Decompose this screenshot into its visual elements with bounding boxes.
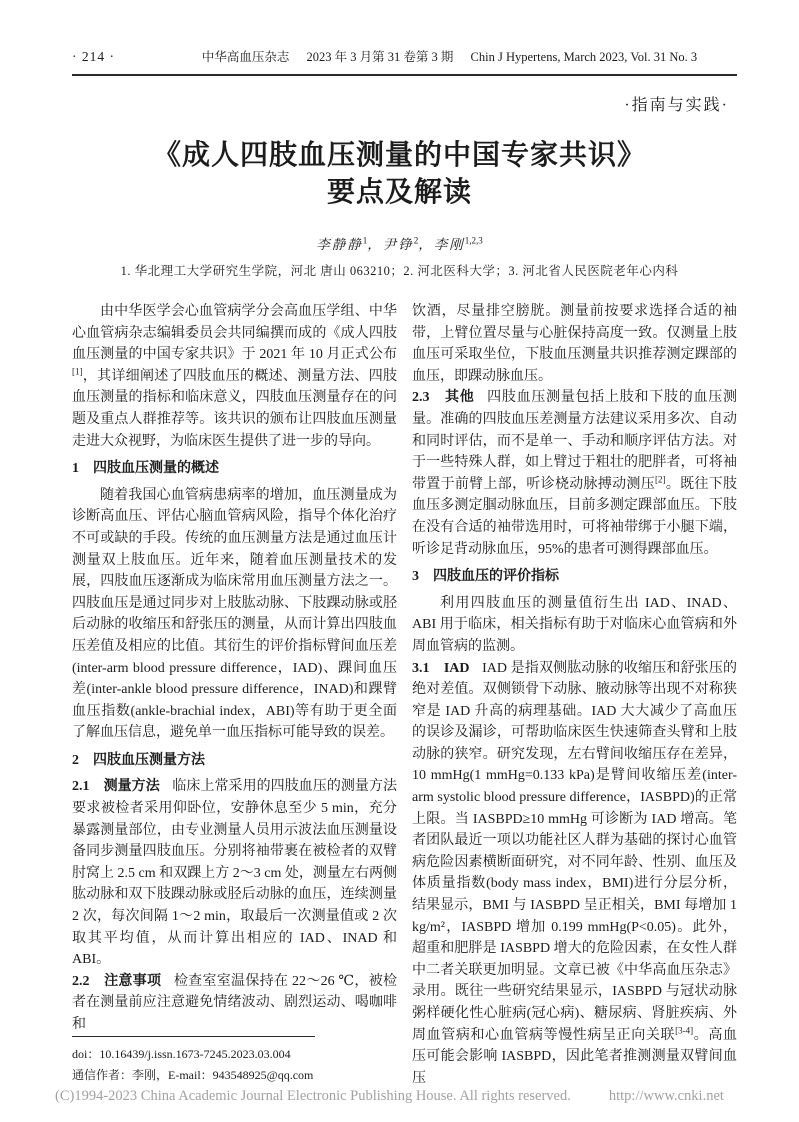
right-column: 饮酒，尽量排空膀胱。测量前按要求选择合适的袖带，上臂位置尽量与心脏保持高度一致。… [412,301,737,1073]
section-heading-2: 2 四肢血压测量方法 [72,750,397,772]
article-title-line1: 《成人四肢血压测量的中国专家共识》 [0,137,799,174]
section-column-label: ·指南与实践· [0,92,729,115]
ref-1: [1] [72,366,83,376]
section-2-2-paragraph: 2.2 注意事项检查室室温保持在 22～26 ℃，被检者在测量前应注意避免情绪波… [72,971,397,1036]
journal-name-en: Chin J Hypertens, March 2023, Vol. 31 No… [471,50,698,64]
first-page-footnote: doi：10.16439/j.issn.1673-7245.2023.03.00… [72,1036,397,1086]
subsection-label-3-1: 3.1 IAD [412,661,470,676]
author-3: 李刚1,2,3 [434,237,483,252]
section-2-1-paragraph: 2.1 测量方法临床上常采用的四肢血压的测量方法要求被检者采用仰卧位，安静休息至… [72,776,397,970]
journal-name-cn: 中华高血压杂志 [202,50,290,64]
subsection-label-2-1: 2.1 测量方法 [72,779,160,794]
journal-issue-cn: 2023 年 3 月第 31 卷第 3 期 [307,50,454,64]
corresponding-author-line: 通信作者：李刚，E-mail：943548925@qq.com [72,1065,397,1086]
subsection-label-2-3: 2.3 其他 [412,390,474,405]
footnote-divider [72,1036,315,1037]
cnki-url: http://www.cnki.net [609,1088,724,1105]
article-body: 由中华医学会心血管病学分会高血压学组、中华心血管病杂志编辑委员会共同编撰而成的《… [72,301,737,1073]
journal-running-head: 中华高血压杂志 2023 年 3 月第 31 卷第 3 期 Chin J Hyp… [162,47,737,65]
article-title: 《成人四肢血压测量的中国专家共识》 要点及解读 [0,137,799,211]
page-number: · 214 · [72,49,162,65]
subsection-label-2-2: 2.2 注意事项 [72,974,161,989]
section-3-1-paragraph: 3.1 IADIAD 是指双侧肱动脉的收缩压和舒张压的绝对差值。双侧锁骨下动脉、… [412,658,737,1090]
section-heading-3: 3 四肢血压的评价指标 [412,566,737,588]
author-2: 尹铮2， [383,237,434,252]
author-line: 李静静1，尹铮2，李刚1,2,3 [0,233,799,253]
article-title-line2: 要点及解读 [0,174,799,211]
left-column: 由中华医学会心血管病学分会高血压学组、中华心血管病杂志编辑委员会共同编撰而成的《… [72,301,397,1073]
copyright-text: (C)1994-2023 China Academic Journal Elec… [55,1088,571,1105]
journal-page: · 214 · 中华高血压杂志 2023 年 3 月第 31 卷第 3 期 Ch… [0,0,799,1122]
page-header: · 214 · 中华高血压杂志 2023 年 3 月第 31 卷第 3 期 Ch… [72,47,737,76]
affiliation-line: 1. 华北理工大学研究生学院，河北 唐山 063210；2. 河北医科大学；3.… [0,261,799,279]
section-3-paragraph: 利用四肢血压的测量值衍生出 IAD、INAD、ABI 用于临床，相关指标有助于对… [412,593,737,658]
author-1: 李静静1， [316,237,383,252]
section-1-paragraph: 随着我国心血管病患病率的增加，血压测量成为诊断高血压、评估心脑血管病风险，指导个… [72,485,397,744]
section-2-3-paragraph: 2.3 其他四肢血压测量包括上肢和下肢的血压测量。准确的四肢血压差测量方法建议采… [412,387,737,560]
continuation-paragraph: 饮酒，尽量排空膀胱。测量前按要求选择合适的袖带，上臂位置尽量与心脏保持高度一致。… [412,301,737,387]
ref-2: [2] [655,474,666,484]
cnki-copyright-footer: (C)1994-2023 China Academic Journal Elec… [55,1088,769,1105]
doi-line: doi：10.16439/j.issn.1673-7245.2023.03.00… [72,1044,397,1065]
section-heading-1: 1 四肢血压测量的概述 [72,458,397,480]
ref-3-4: [3-4] [675,1025,693,1035]
intro-paragraph: 由中华医学会心血管病学分会高血压学组、中华心血管病杂志编辑委员会共同编撰而成的《… [72,301,397,452]
